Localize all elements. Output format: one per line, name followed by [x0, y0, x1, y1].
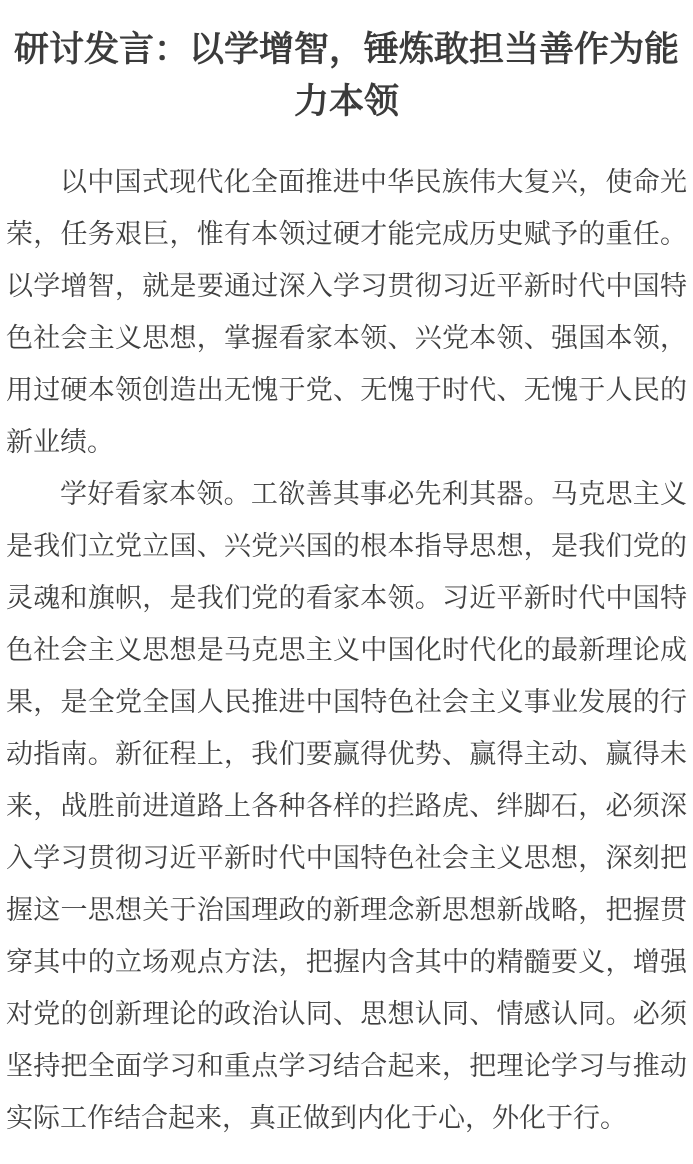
article-paragraph-2: 学好看家本领。工欲善其事必先利其器。马克思主义是我们立党立国、兴党兴国的根本指导…: [6, 468, 687, 1144]
article-page: 研讨发言：以学增智，锤炼敢担当善作为能力本领 以中国式现代化全面推进中华民族伟大…: [0, 0, 693, 1164]
page-title: 研讨发言：以学增智，锤炼敢担当善作为能力本领: [6, 24, 687, 128]
article-paragraph-1: 以中国式现代化全面推进中华民族伟大复兴，使命光荣，任务艰巨，惟有本领过硬才能完成…: [6, 156, 687, 468]
